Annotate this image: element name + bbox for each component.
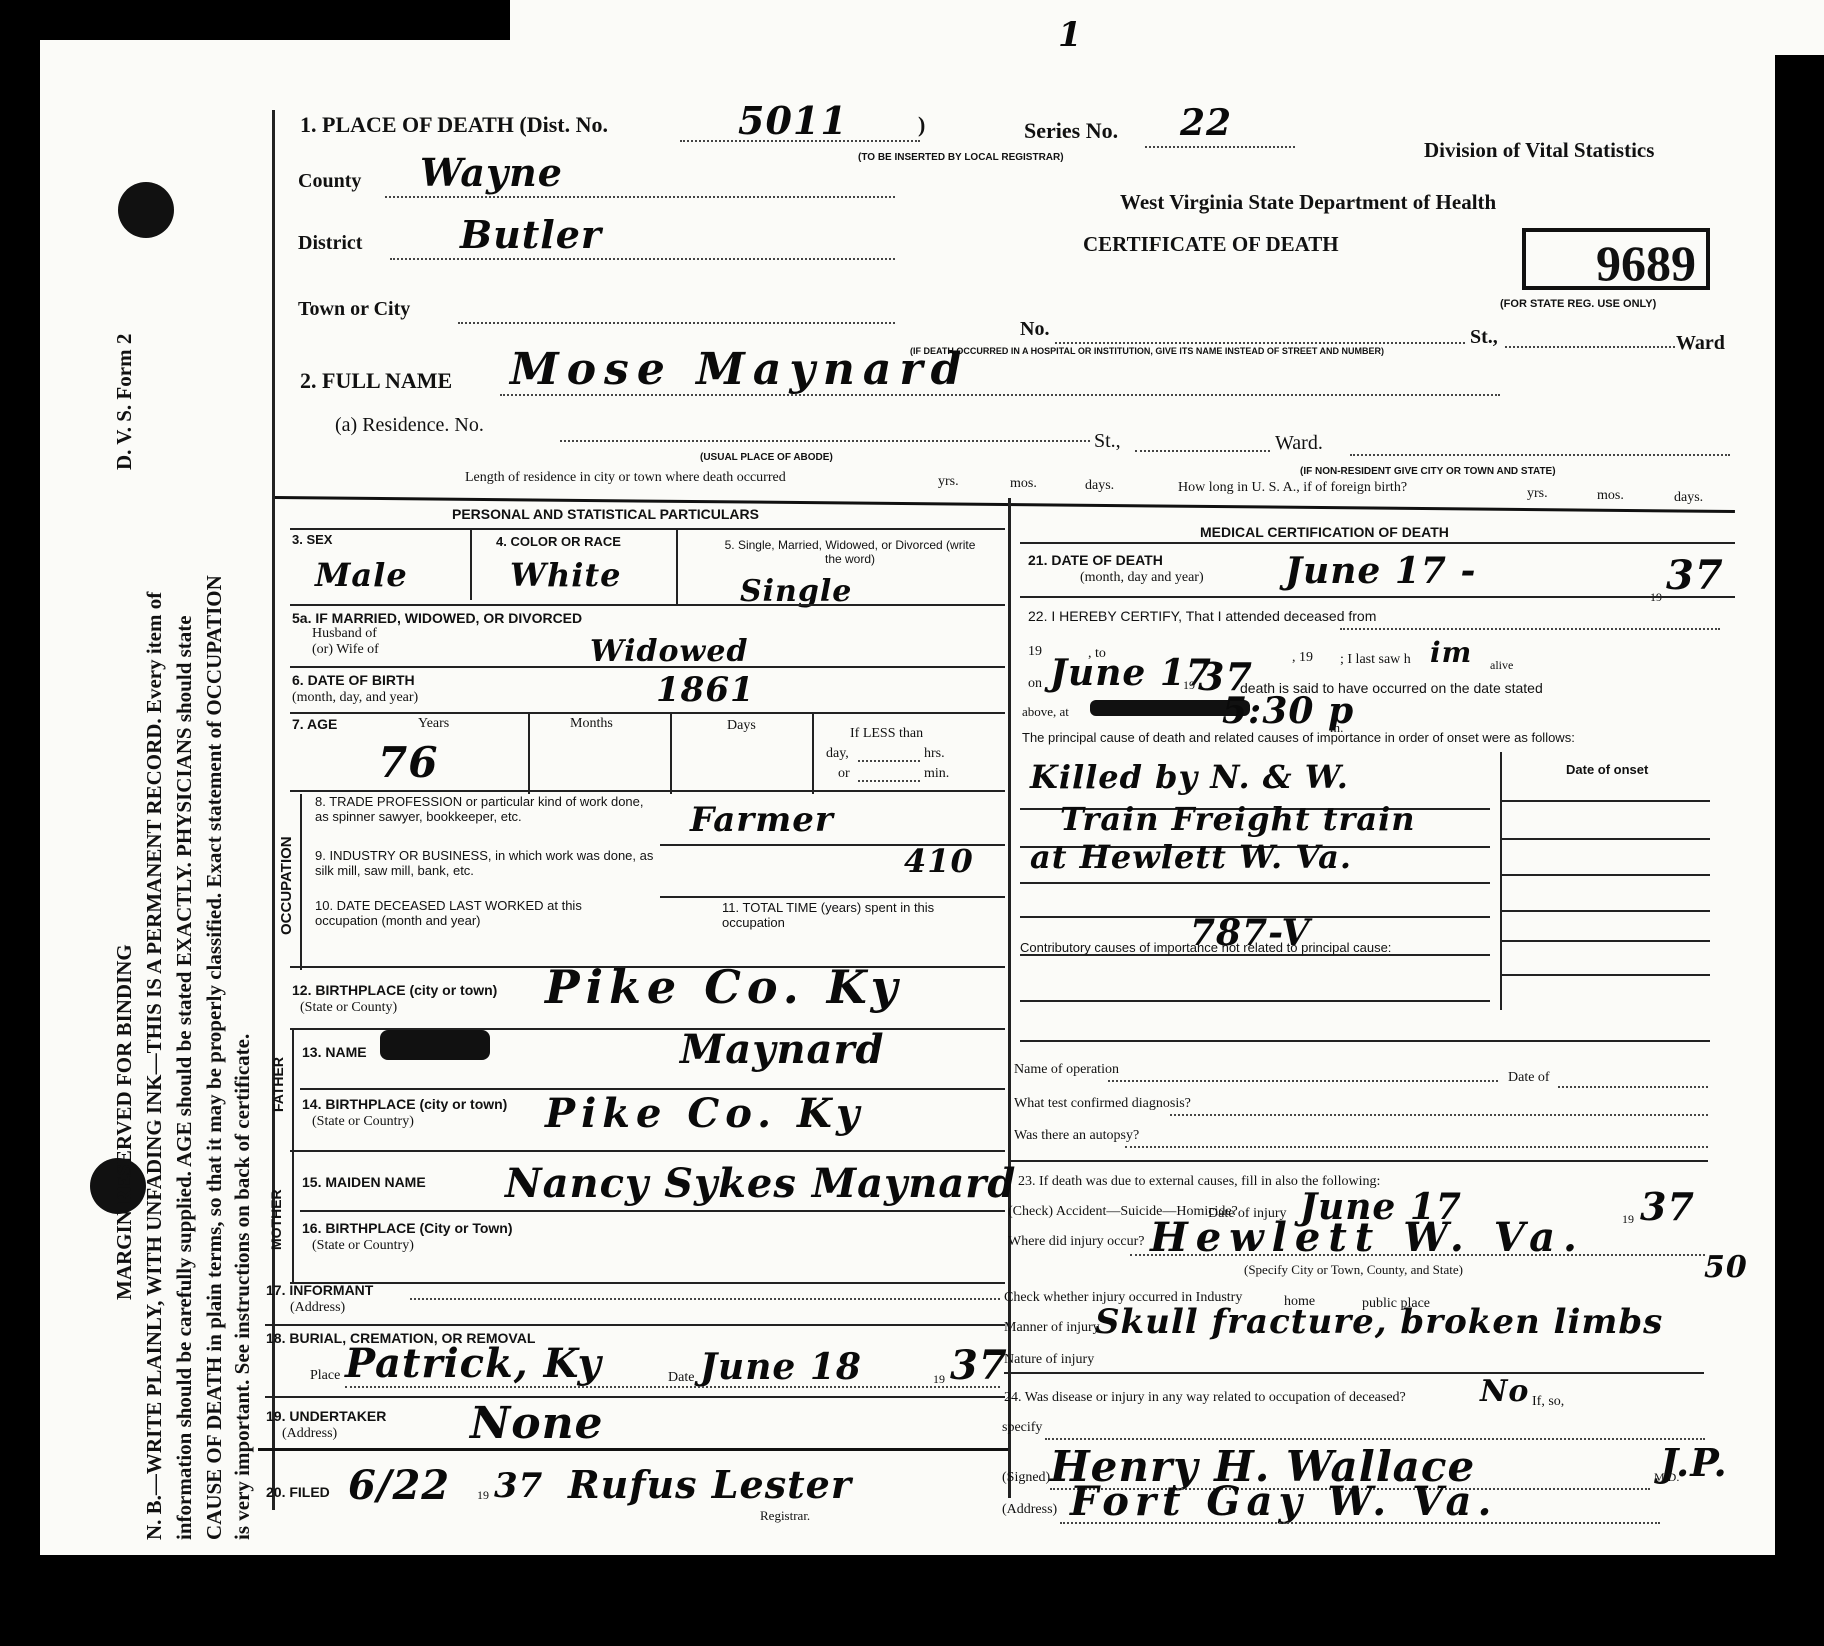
dist-no-value: 5011 [738,98,848,143]
burial-date-value: June 18 [700,1346,862,1388]
district-label: District [298,232,362,255]
length-residence-label: Length of residence in city or town wher… [465,470,786,486]
town-city-label: Town or City [298,298,410,321]
last-saw-value: im [1430,636,1472,669]
undertaker-label: 19. UNDERTAKER [266,1408,386,1424]
cause-line-3: at Hewlett W. Va. [1030,838,1352,876]
manner-injury-value: Skull fracture, broken limbs [1095,1302,1663,1342]
age-label: 7. AGE [292,716,337,732]
father-birthplace-value: Pike Co. Ky [545,1090,865,1137]
undertaker-value: None [470,1398,604,1449]
county-label: County [298,170,361,193]
redacted-mark [380,1030,490,1060]
residence-st-label: St., [1094,430,1121,453]
spouse-value: Widowed [590,634,748,669]
personal-heading: PERSONAL AND STATISTICAL PARTICULARS [452,506,759,522]
father-birthplace-label: 14. BIRTHPLACE (city or town) [302,1096,507,1112]
place-of-death-label: 1. PLACE OF DEATH (Dist. No. [300,112,608,138]
nature-injury-label: Nature of injury [1004,1352,1094,1368]
filed-date-value: 6/22 [348,1462,450,1509]
occupation-related-value: No [1480,1374,1529,1409]
nonresident-note: (IF NON-RESIDENT GIVE CITY OR TOWN AND S… [1300,466,1556,477]
burial-place-value: Patrick, Ky [345,1340,602,1387]
last-worked-label: 10. DATE DECEASED LAST WORKED at this oc… [315,898,645,928]
certify-label: 22. I HEREBY CERTIFY, That I attended de… [1028,608,1376,624]
mother-side-label: MOTHER [268,1189,284,1250]
total-time-label: 11. TOTAL TIME (years) spent in this occ… [722,900,952,930]
autopsy-label: Was there an autopsy? [1014,1128,1139,1144]
operation-label: Name of operation [1014,1062,1119,1078]
trade-value: Farmer [690,800,834,840]
full-name-label: 2. FULL NAME [300,368,452,394]
ward-label: Ward [1676,332,1725,355]
filed-label: 20. FILED [266,1484,330,1500]
state-file-number-box: 9689 [1522,228,1710,290]
margin-reserved-text: MARGIN RESERVED FOR BINDING [112,944,137,1300]
state-file-number: 9689 [1596,234,1696,292]
sex-label: 3. SEX [292,532,332,547]
hospital-note: (IF DEATH OCCURRED IN A HOSPITAL OR INST… [910,346,1384,356]
father-name-value: Maynard [680,1026,884,1073]
birthplace-label: 12. BIRTHPLACE (city or town) [292,982,497,998]
series-no-value: 22 [1180,102,1232,144]
birthplace-value: Pike Co. Ky [545,960,903,1014]
race-value: White [510,556,622,594]
dob-label: 6. DATE OF BIRTH [292,672,415,688]
test-label: What test confirmed diagnosis? [1014,1096,1191,1112]
maiden-name-value: Nancy Sykes Maynard [505,1160,1016,1207]
last-saw-label: ; I last saw h [1340,652,1411,668]
agency-title: West Virginia State Department of Health [1120,190,1496,215]
street-no-label: No. [1020,318,1049,341]
industry-label: 9. INDUSTRY OR BUSINESS, in which work w… [315,848,655,878]
occupation-related-label: 24. Was disease or injury in any way rel… [1004,1390,1406,1406]
cause-intro: The principal cause of death and related… [1022,730,1575,745]
spouse-label: 5a. IF MARRIED, WIDOWED, OR DIVORCED [292,610,582,626]
dob-value: 1861 [656,670,755,710]
form-left-border [272,110,275,1510]
certificate-title: CERTIFICATE OF DEATH [1083,232,1339,257]
address-label: (Address) [1002,1502,1057,1518]
street-label: St., [1470,326,1498,349]
dod-year-value: 37 [1666,552,1724,599]
dod-label: 21. DATE OF DEATH [1028,552,1163,568]
margin-instruction-line: information should be carefully supplied… [172,615,197,1540]
if-less-label: If LESS than [850,726,923,742]
operation-date-label: Date of [1508,1070,1550,1086]
usa-duration-label: How long in U. S. A., if of foreign birt… [1178,480,1407,496]
marital-label: 5. Single, Married, Widowed, or Divorced… [720,538,980,566]
informant-label: 17. INFORMANT [266,1282,373,1298]
date-onset-label: Date of onset [1566,762,1648,777]
registrar-signature: Rufus Lester [568,1462,852,1507]
punch-hole-icon [118,182,174,238]
margin-instruction-line: N. B.—WRITE PLAINLY, WITH UNFADING INK—T… [142,592,167,1540]
form-number-text: D. V. S. Form 2 [112,334,137,470]
maiden-name-label: 15. MAIDEN NAME [302,1174,426,1190]
filed-year-value: 37 [494,1466,543,1506]
cause-line-2: Train Freight train [1060,800,1416,838]
industry-code: 410 [904,842,974,880]
full-name-value: Mose Maynard [510,344,969,395]
county-value: Wayne [420,150,563,195]
injury-location-label: Where did injury occur? [1008,1234,1144,1250]
margin-instruction-line: CAUSE OF DEATH in plain terms, so that i… [202,575,227,1540]
father-name-label: 13. NAME [302,1044,367,1060]
occupation-side-label: OCCUPATION [278,836,295,935]
margin-instruction-line: is very important. See instructions on b… [230,1034,255,1540]
residence-ward-label: Ward. [1275,432,1323,455]
certifier-address: Fort Gay W. Va. [1070,1478,1497,1525]
father-side-label: FATHER [270,1057,286,1112]
mother-birthplace-label: 16. BIRTHPLACE (City or Town) [302,1220,513,1236]
column-divider [1008,498,1011,1498]
age-years-value: 76 [378,738,438,787]
state-file-note: (FOR STATE REG. USE ONLY) [1500,298,1656,310]
sex-value: Male [315,556,408,594]
series-label: Series No. [1024,118,1118,144]
trade-label: 8. TRADE PROFESSION or particular kind o… [315,794,655,824]
dod-value: June 17 - [1285,550,1476,592]
top-mark: 1 [1058,15,1083,55]
district-value: Butler [460,212,602,257]
dist-note: (TO BE INSERTED BY LOCAL REGISTRAR) [858,152,1064,163]
injury-year-value: 37 [1640,1184,1695,1229]
manner-injury-label: Manner of injury [1004,1320,1100,1336]
residence-label: (a) Residence. No. [335,414,484,437]
race-label: 4. COLOR OR RACE [496,534,621,549]
medical-heading: MEDICAL CERTIFICATION OF DEATH [1200,524,1449,540]
contributory-label: Contributory causes of importance not re… [1020,940,1420,955]
cause-line-1: Killed by N. & W. [1030,758,1349,796]
signed-label: (Signed) [1002,1470,1050,1486]
burial-year-value: 37 [950,1342,1008,1389]
abode-note: (USUAL PLACE OF ABODE) [700,452,833,463]
injury-location-code: 50 [1704,1250,1748,1285]
division-title: Division of Vital Statistics [1424,138,1654,163]
